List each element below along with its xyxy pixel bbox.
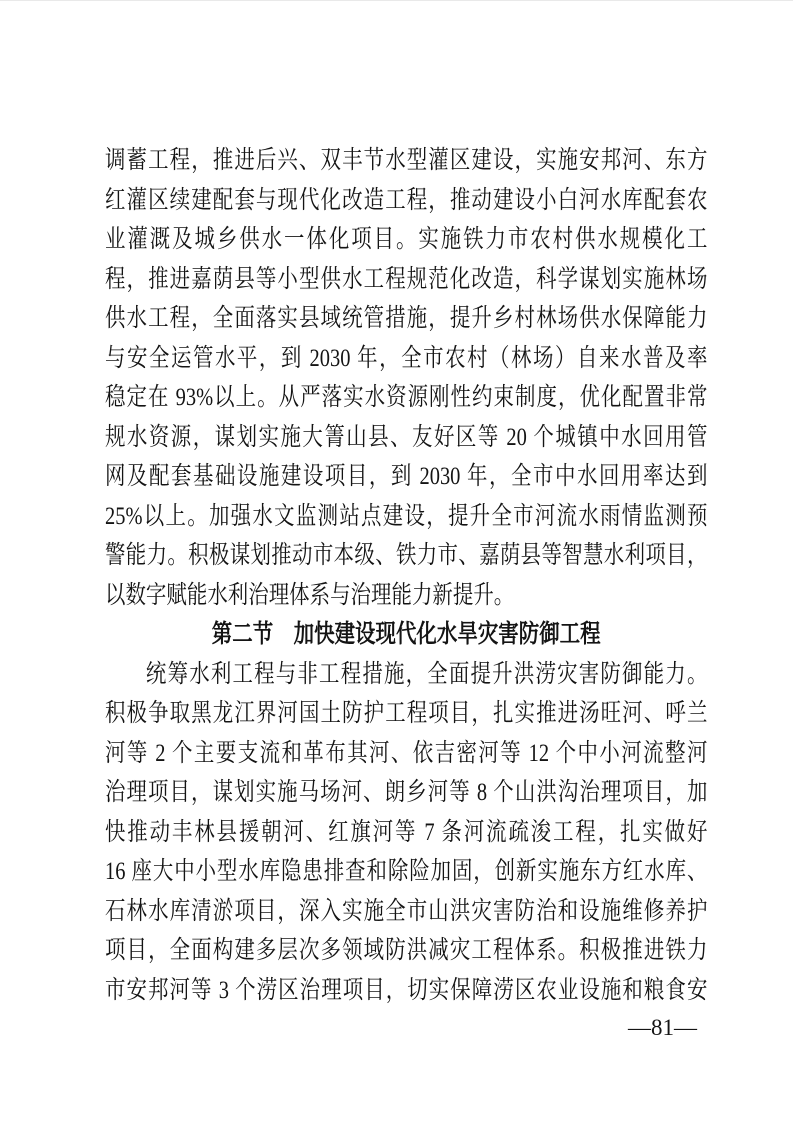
paragraph-line: 积极争取黑龙江界河国土防护工程项目，扎实推进汤旺河、呼兰 — [105, 694, 707, 734]
paragraph-line: 市安邦河等 3 个涝区治理项目，切实保障涝区农业设施和粮食安 — [105, 971, 707, 1011]
document-page: 调蓄工程，推进后兴、双丰节水型灌区建设，实施安邦河、东方 红灌区续建配套与现代化… — [0, 0, 793, 1122]
paragraph-line: 供水工程，全面落实县域统管措施，提升乡村林场供水保障能力 — [105, 299, 707, 339]
paragraph-line: 石林水库清淤项目，深入实施全市山洪灾害防治和设施维修养护 — [105, 892, 707, 932]
paragraph-line: 河等 2 个主要支流和革布其河、依吉密河等 12 个中小河流整河 — [105, 734, 707, 774]
paragraph-line: 16 座大中小型水库隐患排查和除险加固，创新实施东方红水库、 — [105, 852, 707, 892]
paragraph-line: 快推动丰林县援朝河、红旗河等 7 条河流疏浚工程，扎实做好 — [105, 813, 707, 853]
paragraph-line: 红灌区续建配套与现代化改造工程，推动建设小白河水库配套农 — [105, 181, 707, 221]
paragraph-line: 稳定在 93%以上。从严落实水资源刚性约束制度，优化配置非常 — [105, 378, 707, 418]
paragraph-line: 以数字赋能水利治理体系与治理能力新提升。 — [105, 576, 707, 616]
paragraph-line: 统筹水利工程与非工程措施，全面提升洪涝灾害防御能力。 — [105, 655, 707, 695]
section-heading: 第二节 加快建设现代化水旱灾害防御工程 — [105, 615, 707, 655]
paragraph-line: 25%以上。加强水文监测站点建设，提升全市河流水雨情监测预 — [105, 497, 707, 537]
paragraph-line: 业灌溉及城乡供水一体化项目。实施铁力市农村供水规模化工 — [105, 220, 707, 260]
paragraph-line: 程，推进嘉荫县等小型供水工程规范化改造，科学谋划实施林场 — [105, 260, 707, 300]
page-number: —81— — [628, 1015, 697, 1041]
paragraph-line: 调蓄工程，推进后兴、双丰节水型灌区建设，实施安邦河、东方 — [105, 141, 707, 181]
paragraph-line: 与安全运管水平，到 2030 年，全市农村（林场）自来水普及率 — [105, 339, 707, 379]
paragraph-line: 项目，全面构建多层次多领域防洪减灾工程体系。积极推进铁力 — [105, 931, 707, 971]
paragraph-line: 网及配套基础设施建设项目，到 2030 年，全市中水回用率达到 — [105, 457, 707, 497]
text-block: 调蓄工程，推进后兴、双丰节水型灌区建设，实施安邦河、东方 红灌区续建配套与现代化… — [105, 141, 709, 1010]
paragraph-line: 治理项目，谋划实施马场河、朗乡河等 8 个山洪沟治理项目，加 — [105, 773, 707, 813]
paragraph-line: 警能力。积极谋划推动市本级、铁力市、嘉荫县等智慧水利项目， — [105, 536, 707, 576]
paragraph-line: 规水资源，谋划实施大箐山县、友好区等 20 个城镇中水回用管 — [105, 418, 707, 458]
